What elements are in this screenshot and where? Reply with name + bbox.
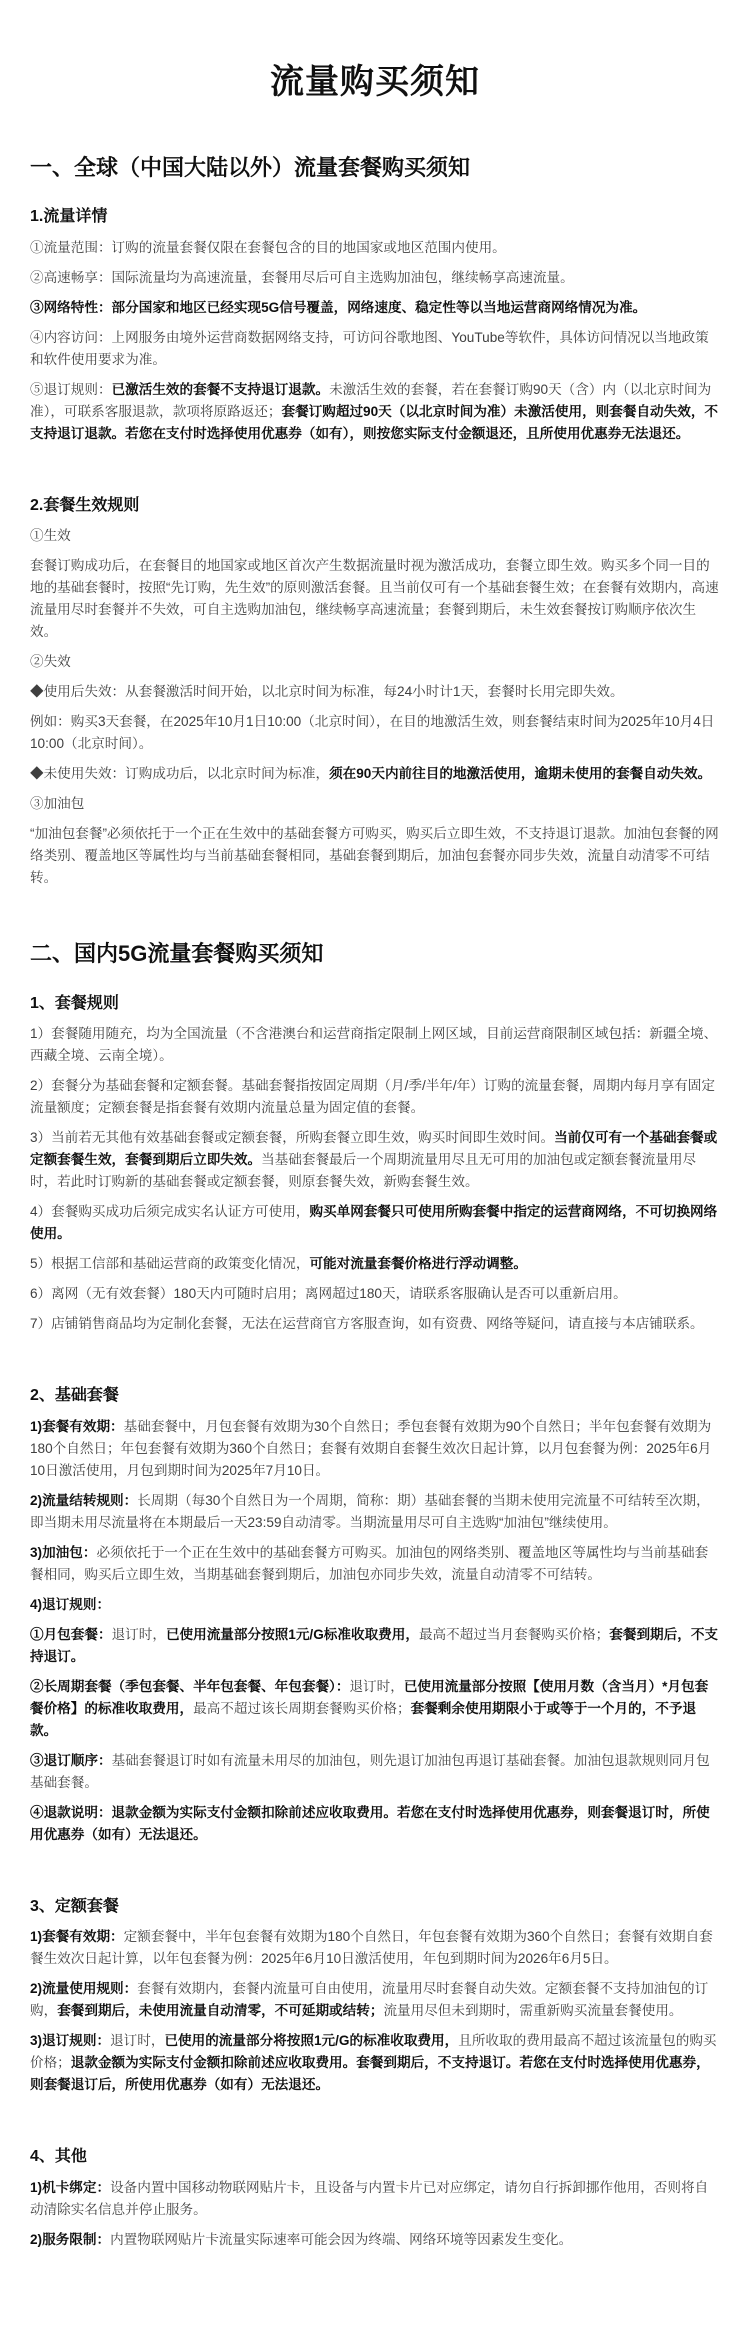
sub-heading: 4、其他 — [30, 2146, 720, 2168]
bold-text: 套餐到期后，未使用流量自动清零，不可延期或结转； — [57, 2003, 383, 2018]
text: 设备内置中国移动物联网贴片卡，且设备与内置卡片已对应绑定，请勿自行拆卸挪作他用，… — [30, 2180, 708, 2217]
text: ◆未使用失效：订购成功后，以北京时间为标准， — [30, 766, 329, 781]
notice-page: 流量购买须知 一、全球（中国大陆以外）流量套餐购买须知1.流量详情①流量范围：订… — [0, 0, 750, 2329]
text: 5）根据工信部和基础运营商的政策变化情况， — [30, 1256, 309, 1271]
text: ②失效 — [30, 654, 71, 669]
sub-heading: 1.流量详情 — [30, 206, 720, 228]
bold-text: 1)套餐有效期： — [30, 1419, 124, 1434]
section-heading: 一、全球（中国大陆以外）流量套餐购买须知 — [30, 153, 720, 183]
text: ①生效 — [30, 528, 71, 543]
paragraph: ◆未使用失效：订购成功后，以北京时间为标准，须在90天内前往目的地激活使用，逾期… — [30, 763, 720, 785]
paragraph: 套餐订购成功后，在套餐目的地国家或地区首次产生数据流量时视为激活成功，套餐立即生… — [30, 555, 720, 643]
paragraph: ①流量范围：订购的流量套餐仅限在套餐包含的目的地国家或地区范围内使用。 — [30, 237, 720, 259]
text: 4）套餐购买成功后须完成实名认证方可使用， — [30, 1204, 309, 1219]
paragraph: 1)套餐有效期：基础套餐中，月包套餐有效期为30个自然日；季包套餐有效期为90个… — [30, 1416, 720, 1482]
paragraph: 4）套餐购买成功后须完成实名认证方可使用，购买单网套餐只可使用所购套餐中指定的运… — [30, 1201, 720, 1245]
paragraph: 例如：购买3天套餐，在2025年10月1日10:00（北京时间），在目的地激活生… — [30, 711, 720, 755]
text: ①流量范围：订购的流量套餐仅限在套餐包含的目的地国家或地区范围内使用。 — [30, 240, 506, 255]
bold-text: ③退订顺序： — [30, 1753, 112, 1768]
text: ②高速畅享：国际流量均为高速流量，套餐用尽后可自主选购加油包，继续畅享高速流量。 — [30, 270, 574, 285]
text: 最高不超过该长周期套餐购买价格； — [193, 1701, 411, 1716]
sub-heading: 2、基础套餐 — [30, 1385, 720, 1407]
text: ⑤退订规则： — [30, 382, 112, 397]
paragraph: ③加油包 — [30, 793, 720, 815]
paragraph: ④退款说明：退款金额为实际支付金额扣除前述应收取费用。若您在支付时选择使用优惠券… — [30, 1802, 720, 1846]
paragraph: 2)流量使用规则：套餐有效期内，套餐内流量可自由使用，流量用尽时套餐自动失效。定… — [30, 1978, 720, 2022]
bold-text: 3)加油包： — [30, 1545, 96, 1560]
bold-text: 1)机卡绑定： — [30, 2180, 110, 2195]
text: 7）店铺销售商品均为定制化套餐，无法在运营商官方客服查询，如有资费、网络等疑问，… — [30, 1316, 704, 1331]
text: 3）当前若无其他有效基础套餐或定额套餐，所购套餐立即生效，购买时间即生效时间。 — [30, 1130, 554, 1145]
paragraph: 6）离网（无有效套餐）180天内可随时启用；离网超过180天，请联系客服确认是否… — [30, 1283, 720, 1305]
paragraph: 2)流量结转规则：长周期（每30个自然日为一个周期，简称：期）基础套餐的当期未使… — [30, 1490, 720, 1534]
text: 套餐订购成功后，在套餐目的地国家或地区首次产生数据流量时视为激活成功，套餐立即生… — [30, 558, 719, 639]
text: 基础套餐退订时如有流量未用尽的加油包，则先退订加油包再退订基础套餐。加油包退款规… — [30, 1753, 710, 1790]
bold-text: 退款金额为实际支付金额扣除前述应收取费用。套餐到期后，不支持退订。若您在支付时选… — [30, 2055, 710, 2092]
text: ③加油包 — [30, 796, 84, 811]
bold-text: ④退款说明：退款金额为实际支付金额扣除前述应收取费用。若您在支付时选择使用优惠券… — [30, 1805, 710, 1842]
paragraph: 1）套餐随用随充，均为全国流量（不含港澳台和运营商指定限制上网区域，目前运营商限… — [30, 1023, 720, 1067]
paragraph: ①月包套餐：退订时，已使用流量部分按照1元/G标准收取费用，最高不超过当月套餐购… — [30, 1624, 720, 1668]
paragraph: ②高速畅享：国际流量均为高速流量，套餐用尽后可自主选购加油包，继续畅享高速流量。 — [30, 267, 720, 289]
bold-text: 4)退订规则： — [30, 1597, 110, 1612]
paragraph: ①生效 — [30, 525, 720, 547]
sub-heading: 2.套餐生效规则 — [30, 495, 720, 517]
text: 流量用尽但未到期时，需重新购买流量套餐使用。 — [383, 2003, 682, 2018]
text: 定额套餐中，半年包套餐有效期为180个自然日，年包套餐有效期为360个自然日；套… — [30, 1929, 713, 1966]
section-heading: 二、国内5G流量套餐购买须知 — [30, 939, 720, 969]
bold-text: 2)流量结转规则： — [30, 1493, 137, 1508]
paragraph: 7）店铺销售商品均为定制化套餐，无法在运营商官方客服查询，如有资费、网络等疑问，… — [30, 1313, 720, 1335]
paragraph: ②长周期套餐（季包套餐、半年包套餐、年包套餐）：退订时，已使用流量部分按照【使用… — [30, 1676, 720, 1742]
bold-text: 须在90天内前往目的地激活使用，逾期未使用的套餐自动失效。 — [329, 766, 711, 781]
text: 例如：购买3天套餐，在2025年10月1日10:00（北京时间），在目的地激活生… — [30, 714, 714, 751]
page-title: 流量购买须知 — [30, 62, 720, 103]
bold-text: 3)退订规则： — [30, 2033, 110, 2048]
paragraph: ③退订顺序：基础套餐退订时如有流量未用尽的加油包，则先退订加油包再退订基础套餐。… — [30, 1750, 720, 1794]
paragraph: 2）套餐分为基础套餐和定额套餐。基础套餐指按固定周期（月/季/半年/年）订购的流… — [30, 1075, 720, 1119]
text: 退订时， — [349, 1679, 403, 1694]
paragraph: “加油包套餐”必须依托于一个正在生效中的基础套餐方可购买，购买后立即生效，不支持… — [30, 823, 720, 889]
paragraph: ④内容访问：上网服务由境外运营商数据网络支持，可访问谷歌地图、YouTube等软… — [30, 327, 720, 371]
bold-text: ③网络特性：部分国家和地区已经实现5G信号覆盖，网络速度、稳定性等以当地运营商网… — [30, 300, 646, 315]
sub-heading: 3、定额套餐 — [30, 1896, 720, 1918]
bold-text: 已使用的流量部分将按照1元/G的标准收取费用， — [164, 2033, 458, 2048]
paragraph: 2)服务限制：内置物联网贴片卡流量实际速率可能会因为终端、网络环境等因素发生变化… — [30, 2229, 720, 2251]
paragraph: 1)套餐有效期：定额套餐中，半年包套餐有效期为180个自然日，年包套餐有效期为3… — [30, 1926, 720, 1970]
text: 退订时， — [110, 2033, 164, 2048]
text: ◆使用后失效：从套餐激活时间开始，以北京时间为标准，每24小时计1天，套餐时长用… — [30, 684, 624, 699]
paragraph: 3）当前若无其他有效基础套餐或定额套餐，所购套餐立即生效，购买时间即生效时间。当… — [30, 1127, 720, 1193]
text: “加油包套餐”必须依托于一个正在生效中的基础套餐方可购买，购买后立即生效，不支持… — [30, 826, 719, 885]
text: 6）离网（无有效套餐）180天内可随时启用；离网超过180天，请联系客服确认是否… — [30, 1286, 627, 1301]
text: 最高不超过当月套餐购买价格； — [419, 1627, 609, 1642]
bold-text: 已激活生效的套餐不支持退订退款。 — [112, 382, 330, 397]
text: ④内容访问：上网服务由境外运营商数据网络支持，可访问谷歌地图、YouTube等软… — [30, 330, 709, 367]
text: 基础套餐中，月包套餐有效期为30个自然日；季包套餐有效期为90个自然日；半年包套… — [30, 1419, 711, 1478]
bold-text: ①月包套餐： — [30, 1627, 112, 1642]
bold-text: 可能对流量套餐价格进行浮动调整。 — [309, 1256, 527, 1271]
text: 2）套餐分为基础套餐和定额套餐。基础套餐指按固定周期（月/季/半年/年）订购的流… — [30, 1078, 715, 1115]
paragraph: 4)退订规则： — [30, 1594, 720, 1616]
paragraph: ⑤退订规则：已激活生效的套餐不支持退订退款。未激活生效的套餐，若在套餐订购90天… — [30, 379, 720, 445]
text: 必须依托于一个正在生效中的基础套餐方可购买。加油包的网络类别、覆盖地区等属性均与… — [30, 1545, 708, 1582]
paragraph: ③网络特性：部分国家和地区已经实现5G信号覆盖，网络速度、稳定性等以当地运营商网… — [30, 297, 720, 319]
text: 退订时， — [112, 1627, 166, 1642]
text: 内置物联网贴片卡流量实际速率可能会因为终端、网络环境等因素发生变化。 — [110, 2232, 572, 2247]
paragraph: 3)加油包：必须依托于一个正在生效中的基础套餐方可购买。加油包的网络类别、覆盖地… — [30, 1542, 720, 1586]
bold-text: ②长周期套餐（季包套餐、半年包套餐、年包套餐）： — [30, 1679, 349, 1694]
paragraph: 1)机卡绑定：设备内置中国移动物联网贴片卡，且设备与内置卡片已对应绑定，请勿自行… — [30, 2177, 720, 2221]
paragraph: ②失效 — [30, 651, 720, 673]
paragraph: 5）根据工信部和基础运营商的政策变化情况，可能对流量套餐价格进行浮动调整。 — [30, 1253, 720, 1275]
paragraph: ◆使用后失效：从套餐激活时间开始，以北京时间为标准，每24小时计1天，套餐时长用… — [30, 681, 720, 703]
text: 1）套餐随用随充，均为全国流量（不含港澳台和运营商指定限制上网区域，目前运营商限… — [30, 1026, 717, 1063]
paragraph: 3)退订规则：退订时，已使用的流量部分将按照1元/G的标准收取费用，且所收取的费… — [30, 2030, 720, 2096]
bold-text: 1)套餐有效期： — [30, 1929, 124, 1944]
document-body: 一、全球（中国大陆以外）流量套餐购买须知1.流量详情①流量范围：订购的流量套餐仅… — [30, 153, 720, 2251]
bold-text: 2)服务限制： — [30, 2232, 110, 2247]
bold-text: 2)流量使用规则： — [30, 1981, 137, 1996]
sub-heading: 1、套餐规则 — [30, 993, 720, 1015]
bold-text: 已使用流量部分按照1元/G标准收取费用， — [166, 1627, 419, 1642]
